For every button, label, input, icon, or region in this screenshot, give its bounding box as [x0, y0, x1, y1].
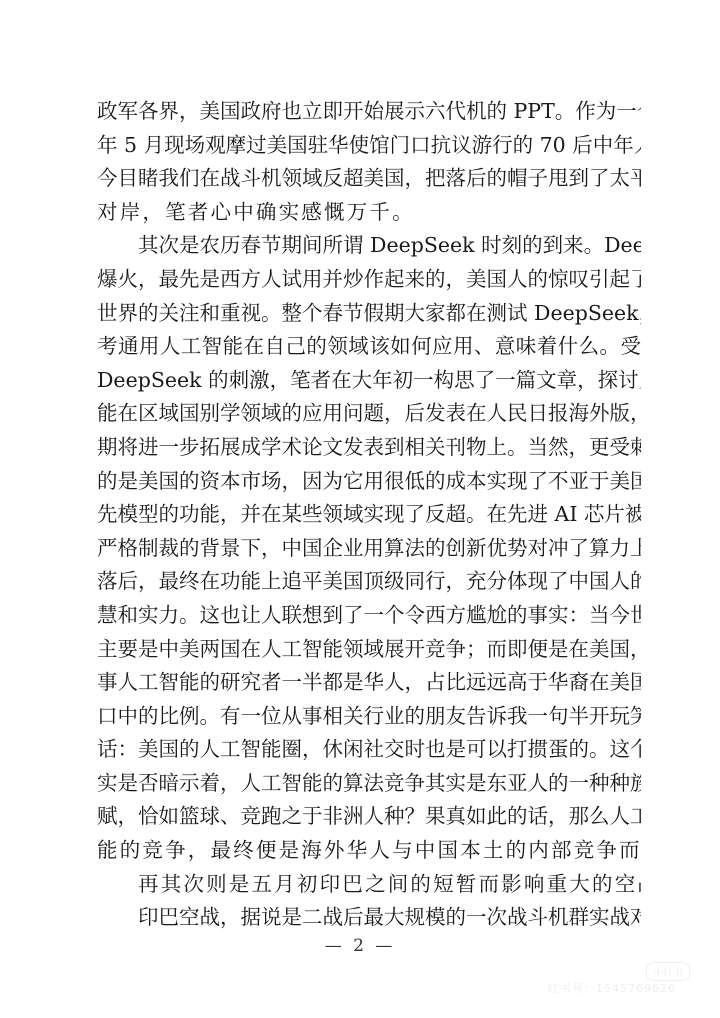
- text-line-7: 世界的关注和重视。整个春节假期大家都在测试 DeepSeek，并思: [97, 297, 641, 331]
- watermark-text: 红书号：1545769626: [548, 980, 676, 996]
- text-line-24: 再其次则是五月初印巴之间的短暂而影响重大的空战。: [97, 868, 641, 902]
- watermark-badge: 小红书: [646, 962, 690, 981]
- document-page: 政军各界，美国政府也立即开始展示六代机的 PPT。作为一个 1999 年 5 月…: [0, 0, 720, 1018]
- text-line-3: 今目睹我们在战斗机领域反超美国，把落后的帽子甩到了太平洋: [97, 162, 641, 196]
- text-line-5: 其次是农历春节期间所谓 DeepSeek 时刻的到来。DeepSeek: [97, 229, 641, 263]
- text-line-20: 话：美国的人工智能圈，休闲社交时也是可以打掼蛋的。这个事: [97, 733, 641, 767]
- text-line-9: DeepSeek 的刺激，笔者在大年初一构思了一篇文章，探讨人工智: [97, 364, 641, 398]
- text-line-4: 对岸，笔者心中确实感慨万千。: [97, 196, 641, 230]
- text-line-16: 慧和实力。这也让人联想到了一个令西方尴尬的事实：当今世界，: [97, 599, 641, 633]
- text-line-21: 实是否暗示着，人工智能的算法竞争其实是东亚人的一种种族天: [97, 767, 641, 801]
- text-line-17: 主要是中美两国在人工智能领域展开竞争；而即便是在美国，从: [97, 633, 641, 667]
- page-number: — 2 —: [0, 936, 720, 956]
- text-line-23: 能的竞争，最终便是海外华人与中国本土的内部竞争而已。: [97, 834, 641, 868]
- text-line-12: 的是美国的资本市场，因为它用很低的成本实现了不亚于美国领: [97, 465, 641, 499]
- text-line-15: 落后，最终在功能上追平美国顶级同行，充分体现了中国人的智: [97, 565, 641, 599]
- text-line-25: 印巴空战，据说是二战后最大规模的一次战斗机群实战对抗。: [97, 901, 641, 935]
- text-line-6: 爆火，最先是西方人试用并炒作起来的，美国人的惊叹引起了全: [97, 263, 641, 297]
- text-line-22: 赋，恰如篮球、竞跑之于非洲人种？果真如此的话，那么人工智: [97, 800, 641, 834]
- watermark: 小红书 红书号：1545769626: [548, 962, 698, 1002]
- body-text: 政军各界，美国政府也立即开始展示六代机的 PPT。作为一个 1999 年 5 月…: [97, 95, 641, 935]
- text-line-1: 政军各界，美国政府也立即开始展示六代机的 PPT。作为一个 1999: [97, 95, 641, 129]
- text-line-13: 先模型的功能，并在某些领域实现了反超。在先进 AI 芯片被美国: [97, 498, 641, 532]
- text-line-11: 期将进一步拓展成学术论文发表到相关刊物上。当然，更受刺激: [97, 431, 641, 465]
- text-line-8: 考通用人工智能在自己的领域该如何应用、意味着什么。受: [97, 330, 641, 364]
- text-line-2: 年 5 月现场观摩过美国驻华使馆门口抗议游行的 70 后中年人，如: [97, 129, 641, 163]
- text-line-18: 事人工智能的研究者一半都是华人，占比远远高于华裔在美国人: [97, 666, 641, 700]
- text-line-19: 口中的比例。有一位从事相关行业的朋友告诉我一句半开玩笑的: [97, 700, 641, 734]
- text-line-10: 能在区域国别学领域的应用问题，后发表在人民日报海外版，近: [97, 397, 641, 431]
- text-line-14: 严格制裁的背景下，中国企业用算法的创新优势对冲了算力上的: [97, 532, 641, 566]
